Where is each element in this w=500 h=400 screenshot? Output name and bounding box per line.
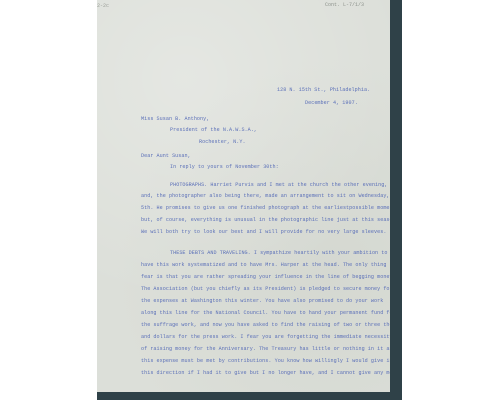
paragraph-photographs-line: and, the photographer also being there, … bbox=[141, 193, 390, 199]
recipient-name: Miss Susan B. Anthony, bbox=[141, 116, 209, 122]
recipient-city: Rochester, N.Y. bbox=[199, 139, 246, 145]
paragraph-debts-line: the expenses at Washington this winter. … bbox=[141, 298, 383, 304]
letter-page: 2-2c Cont. L-7/1/3 128 N. 15th St., Phil… bbox=[97, 0, 390, 392]
reply-line: In reply to yours of November 30th: bbox=[170, 164, 279, 170]
document-reference: Cont. L-7/1/3 bbox=[325, 2, 364, 8]
salutation: Dear Aunt Susan, bbox=[141, 153, 191, 159]
paragraph-photographs-line: 5th. He promises to give us one finished… bbox=[141, 205, 390, 211]
document-viewer: 2-2c Cont. L-7/1/3 128 N. 15th St., Phil… bbox=[0, 0, 500, 400]
paragraph-photographs-line: We will both try to look our best and I … bbox=[141, 229, 386, 235]
paragraph-debts-line: fear is that you are rather spreading yo… bbox=[141, 274, 390, 280]
recipient-title: President of the N.A.W.S.A., bbox=[170, 127, 257, 133]
paragraph-debts-line: THESE DEBTS AND TRAVELING. I sympathize … bbox=[170, 250, 387, 256]
paragraph-debts-line: and dollars for the press work. I fear y… bbox=[141, 334, 390, 340]
paragraph-debts-line: the suffrage work, and now you have aske… bbox=[141, 322, 390, 328]
sender-address: 128 N. 15th St., Philadelphia. bbox=[277, 87, 370, 93]
corner-mark: 2-2c bbox=[97, 3, 109, 9]
paragraph-photographs-line: but, of course, everything is unusual in… bbox=[141, 217, 390, 223]
paragraph-debts-line: have this work systematized and to have … bbox=[141, 262, 390, 268]
paragraph-debts-line: of raising money for the Anniversary. Th… bbox=[141, 346, 390, 352]
paragraph-debts-line: this direction if I had it to give but I… bbox=[141, 370, 390, 376]
letter-date: December 4, 1907. bbox=[305, 100, 358, 106]
paragraph-debts-line: this expense must be met by contribution… bbox=[141, 358, 390, 364]
paragraph-debts-line: along this line for the National Council… bbox=[141, 310, 390, 316]
paragraph-debts-line: The Association (but you chiefly as its … bbox=[141, 286, 390, 292]
paragraph-photographs-line: PHOTOGRAPHS. Harriet Purvis and I met at… bbox=[170, 182, 387, 188]
